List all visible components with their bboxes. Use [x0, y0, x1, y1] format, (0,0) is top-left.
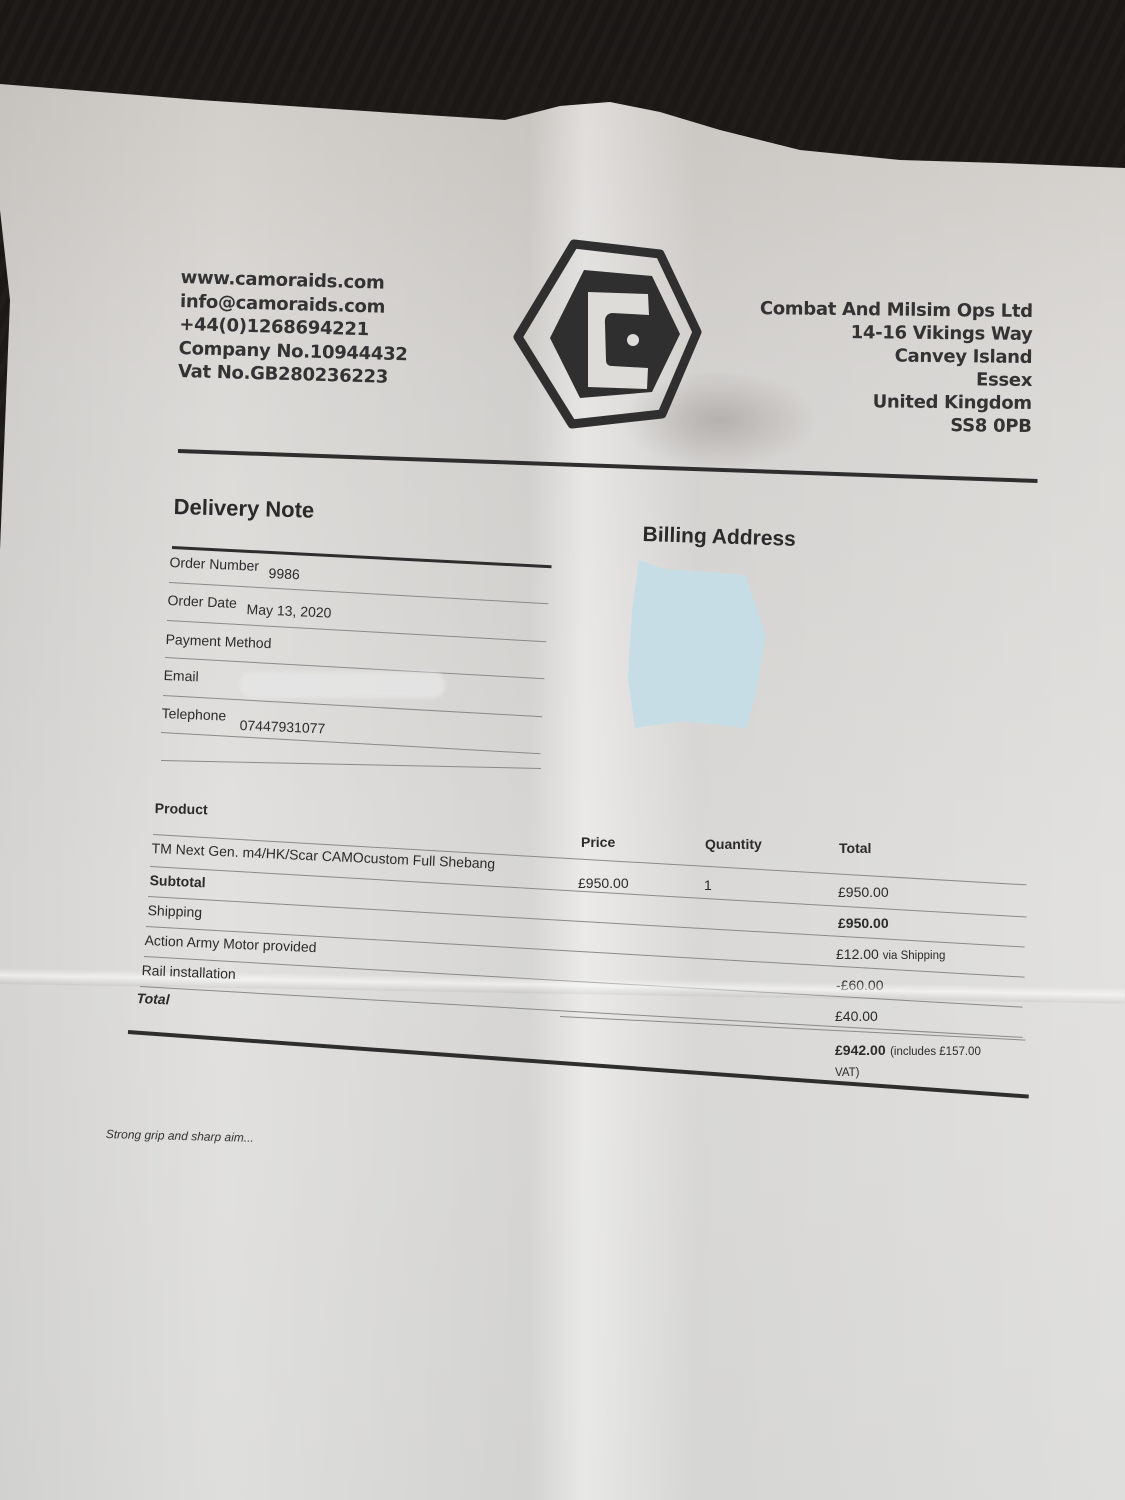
item-quantity: 1: [704, 877, 712, 893]
company-contact: www.camoraids.com info@camoraids.com +44…: [178, 266, 410, 390]
field-label-order-date: Order Date: [167, 592, 237, 611]
summary-value-subtotal: £950.00: [838, 915, 889, 931]
hexagon-c-logo-icon: [512, 232, 702, 432]
vat-note: (includes £157.00: [890, 1046, 981, 1058]
column-header-product: Product: [155, 800, 208, 817]
summary-label-subtotal: Subtotal: [149, 872, 206, 890]
order-number-value: 9986: [268, 565, 300, 582]
company-name: Combat And Milsim Ops Ltd: [760, 297, 1033, 323]
email-redaction: [240, 672, 445, 698]
item-total: £950.00: [838, 884, 889, 900]
billing-address-title: Billing Address: [642, 523, 796, 552]
shipping-amount: £12.00: [836, 946, 879, 962]
company-address: Combat And Milsim Ops Ltd 14-16 Vikings …: [759, 297, 1033, 438]
paper-sheet: [0, 0, 1125, 1500]
vat-note-cont: VAT): [835, 1067, 860, 1079]
telephone-value: 07447931077: [239, 717, 325, 736]
summary-value-rail: £40.00: [835, 1008, 878, 1024]
summary-label-shipping: Shipping: [147, 902, 202, 920]
total-amount: £942.00: [835, 1042, 886, 1058]
summary-value-total: £942.00 (includes £157.00 VAT): [835, 1040, 981, 1083]
company-country: United Kingdom: [759, 389, 1032, 415]
company-postcode: SS8 0PB: [759, 412, 1032, 438]
summary-value-shipping: £12.00 via Shipping: [836, 946, 945, 962]
billing-address-redaction: [628, 560, 766, 728]
delivery-note-title: Delivery Note: [173, 494, 314, 524]
item-price: £950.00: [578, 875, 629, 891]
company-town: Canvey Island: [759, 343, 1032, 369]
company-street: 14-16 Vikings Way: [760, 320, 1033, 346]
column-header-quantity: Quantity: [705, 836, 762, 852]
summary-label-total: Total: [136, 990, 170, 1007]
shipping-note: via Shipping: [883, 950, 946, 962]
column-header-total: Total: [839, 840, 871, 856]
field-label-email: Email: [163, 667, 199, 684]
field-label-telephone: Telephone: [161, 705, 226, 724]
column-header-price: Price: [581, 834, 615, 850]
company-county: Essex: [759, 366, 1032, 392]
